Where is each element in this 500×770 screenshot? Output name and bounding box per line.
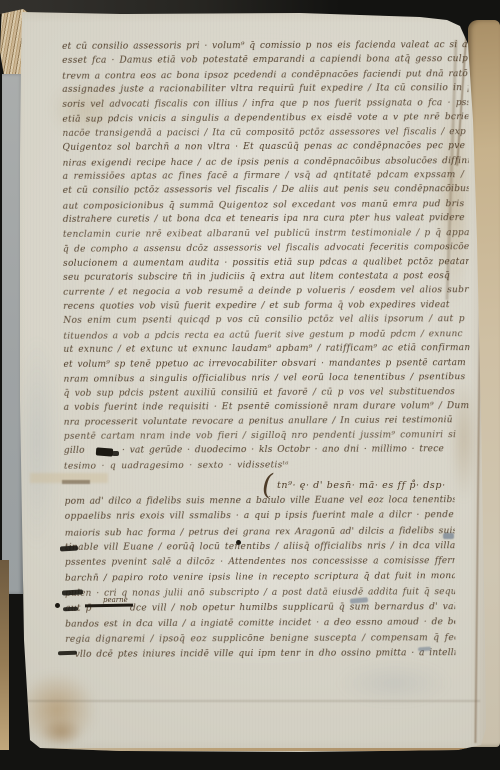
- text-line: pom ad' dilco a fidelibs suis menne a ba…: [65, 493, 455, 510]
- manuscript-photo: et cū consilio assessoris pri · volum⁹ q…: [0, 0, 500, 770]
- text-line: oppaelibs nris exois vill ssmalibs · a q…: [65, 508, 455, 525]
- text-line: vllo dcē ptes iniures incidē ville qui i…: [65, 646, 455, 663]
- text-line: tituendos a vob a pdcis recta ea actū fu…: [63, 327, 469, 344]
- gray-backing-strip: [2, 74, 23, 594]
- faded-strike-word: [62, 480, 90, 484]
- cover-edge: [0, 560, 9, 750]
- text-line: maioris sub hac forma / petrus dei grana…: [65, 524, 455, 542]
- manuscript-page: et cū consilio assessoris pri · volum⁹ q…: [0, 0, 500, 770]
- text-line: Nos enim cum psenti quicqd p vos cū cons…: [63, 312, 469, 328]
- page-bottom-edge: [30, 748, 480, 751]
- text-line: q̄ de compho a assensu dcōz assessoris v…: [63, 240, 469, 257]
- text-line: aut composicionibus q̄ summā Quigentoz s…: [63, 197, 469, 214]
- text-line: nacōe transigendā a pacisci / Ita cū com…: [62, 125, 468, 141]
- background-shelf-edge: [0, 0, 340, 14]
- ink-blot-small: [112, 451, 119, 456]
- lower-text-block: pom ad' dilco a fidelibs suis menne a ba…: [65, 493, 456, 663]
- margin-mark-1: [60, 546, 78, 552]
- margin-mark-4: [58, 651, 77, 656]
- text-line: q̄ vob sup pdcis pstent auxiliū consiliū…: [64, 385, 470, 401]
- ink-blot: [96, 447, 114, 456]
- text-line: trevm a contra eos ac bona ipsoz pcedend…: [62, 67, 468, 84]
- text-line: ut exnunc / et extunc ut exnunc laudam⁹ …: [63, 341, 469, 357]
- margin-mark-3: [63, 607, 78, 612]
- text-line: regia dignaremi / ipsoq̄ eoz supplicōne …: [65, 631, 455, 648]
- text-line: et cū consilio pctōz assessoris vel fisc…: [63, 182, 469, 198]
- main-text-block: et cū consilio assessoris pri · volum⁹ q…: [62, 38, 470, 473]
- text-line: esset fca · Damus etiā vob potestatē emp…: [62, 53, 468, 69]
- text-line: gillo · vat gerūde · duodecimo · kls Oct…: [64, 442, 470, 458]
- blue-wash-bottom: [338, 662, 450, 704]
- horizontal-crease: [24, 700, 480, 702]
- stain-bottom-left-dark: [40, 718, 82, 746]
- text-line: a remissiōes aptas ac fines facē a firma…: [63, 168, 469, 184]
- text-line: Quigentoz sol barchn̄ a non vltra · Et q…: [62, 139, 468, 155]
- ink-dot-2: [55, 603, 60, 608]
- ink-dot-1: [236, 540, 241, 545]
- notary-subscription-text: tn⁹· ę· d' besn̄· mā· es ff p̊· dsp·: [277, 480, 446, 491]
- text-line: psentē cartam nram inde vob fieri / sigi…: [64, 428, 470, 444]
- blue-smudge-2: [443, 533, 454, 539]
- text-line: tinable vill Euane / eorūq̄ locū tenenti…: [65, 539, 455, 556]
